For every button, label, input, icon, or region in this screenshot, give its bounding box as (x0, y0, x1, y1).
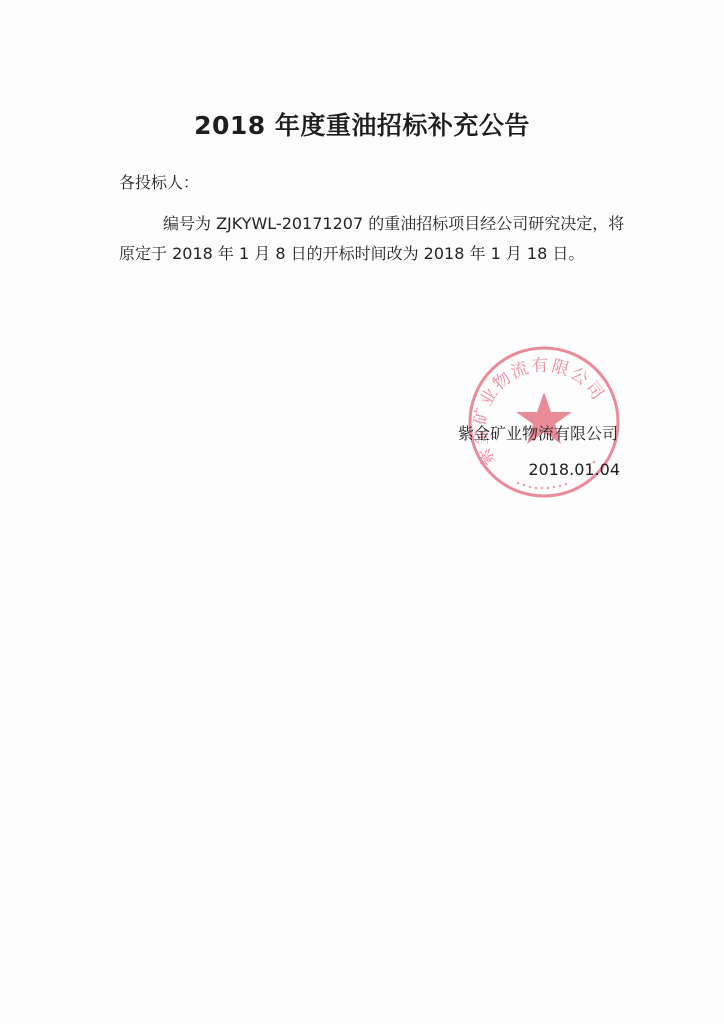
salutation: 各投标人： (119, 170, 199, 193)
signature-company: 紫金矿业物流有限公司 (458, 421, 618, 444)
body-paragraph-line-1: 编号为 ZJKYWL-20171207 的重油招标项目经公司研究决定，将 (163, 211, 624, 234)
signature-date: 2018.01.04 (528, 460, 620, 479)
document-page: 2018 年度重油招标补充公告 各投标人： 编号为 ZJKYWL-2017120… (0, 0, 724, 1024)
body-paragraph-line-2: 原定于 2018 年 1 月 8 日的开标时间改为 2018 年 1 月 18 … (119, 241, 584, 264)
document-title: 2018 年度重油招标补充公告 (0, 106, 724, 142)
